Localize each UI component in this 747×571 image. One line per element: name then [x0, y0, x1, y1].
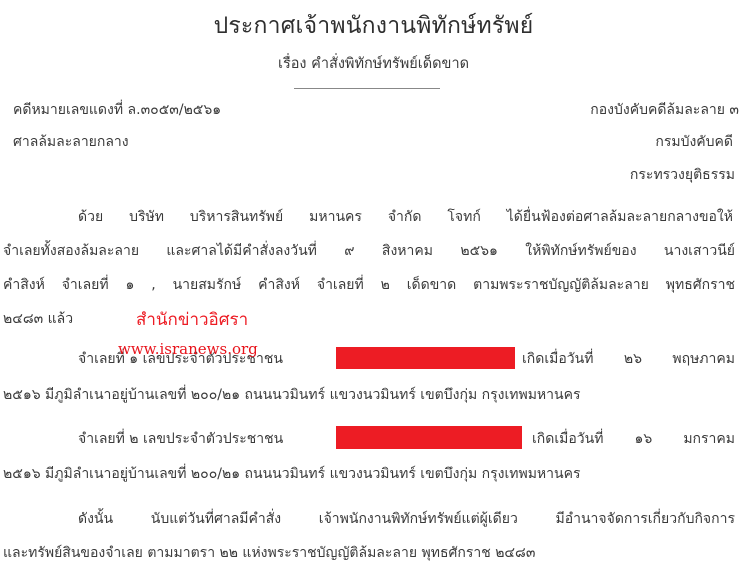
header-divider — [294, 88, 440, 89]
case-number: คดีหมายเลขแดงที่ ล.๓๐๕๓/๒๕๖๑ — [13, 99, 221, 121]
ministry-name: กระทรวงยุติธรรม — [630, 164, 735, 186]
redacted-id-number-2 — [336, 426, 522, 449]
defendant1-birth: เกิดเมื่อวันที่ ๒๖ พฤษภาคม — [522, 348, 735, 370]
paragraph1-line2: จำเลยทั้งสองล้มละลาย และศาลได้มีคำสั่งลง… — [3, 240, 735, 262]
paragraph1-line3: คำสิงห์ จำเลยที่ ๑ , นายสมรักษ์ คำสิงห์ … — [3, 274, 735, 296]
subject-line: เรื่อง คำสั่งพิทักษ์ทรัพย์เด็ดขาด — [0, 52, 747, 75]
division-name: กองบังคับคดีล้มละลาย ๓ — [590, 99, 739, 121]
page-title: ประกาศเจ้าพนักงานพิทักษ์ทรัพย์ — [0, 8, 747, 44]
final-paragraph-line2: และทรัพย์สินของจำเลย ตามมาตรา ๒๒ แห่งพระ… — [3, 542, 535, 564]
watermark-agency: สำนักข่าวอิศรา — [136, 306, 248, 333]
court-name: ศาลล้มละลายกลาง — [13, 131, 129, 153]
defendant2-prefix: จำเลยที่ ๒ เลขประจำตัวประชาชน — [78, 428, 283, 450]
defendant1-address: ๒๕๑๖ มีภูมิลำเนาอยู่บ้านเลขที่ ๒๐๐/๒๑ ถน… — [3, 384, 580, 406]
final-paragraph-line1: ดังนั้น นับแต่วันที่ศาลมีคำสั่ง เจ้าพนัก… — [78, 508, 735, 530]
watermark-url: www.isranews.org — [118, 340, 258, 358]
department-name: กรมบังคับคดี — [655, 131, 733, 153]
paragraph1-line4: ๒๔๘๓ แล้ว — [3, 308, 73, 330]
paragraph1-line1: ด้วย บริษัท บริหารสินทรัพย์ มหานคร จำกัด… — [78, 206, 733, 228]
redacted-id-number-1 — [336, 347, 515, 369]
defendant2-address: ๒๕๑๖ มีภูมิลำเนาอยู่บ้านเลขที่ ๒๐๐/๒๑ ถน… — [3, 463, 580, 485]
defendant2-birth: เกิดเมื่อวันที่ ๑๖ มกราคม — [532, 428, 735, 450]
